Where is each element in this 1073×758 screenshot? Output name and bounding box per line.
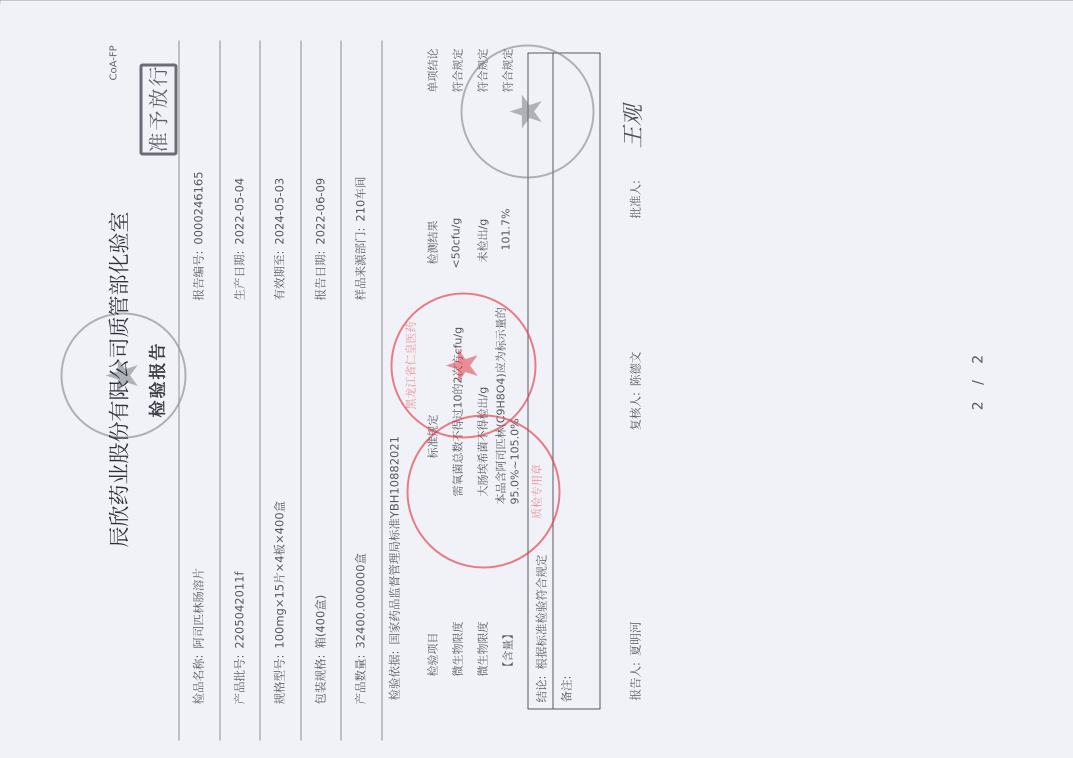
page-number: 2 / 2 [970, 0, 986, 758]
expiry-field: 有效期至:2024-05-03 [271, 177, 287, 300]
red-seal-qc: 质检专用章 [406, 414, 560, 568]
row-rule [300, 40, 301, 740]
inspection-report-page: CoA-FP 准予放行 ★ 辰欣药业股份有限公司质管部化验室 检验报告 检品名称… [0, 0, 1073, 758]
star-icon: ★ [441, 345, 485, 384]
report-title: 检验报告 [143, 0, 168, 758]
col-header-conclusion: 单项结论 [424, 48, 440, 92]
packing-field: 包装规格:箱(400盒) [312, 594, 328, 704]
star-icon: ★ [505, 91, 549, 130]
spec-field: 规格型号:100mg×15片×4板×400盒 [271, 500, 287, 704]
table-row-result: <50cfu/g [449, 217, 462, 268]
table-row-item: 微生物限度 [474, 621, 490, 676]
table-row-result: 101.7% [499, 208, 512, 250]
product-name-field: 检品名称:阿司匹林肠溶片 [190, 568, 206, 704]
report-date-field: 报告日期:2022-06-09 [312, 177, 328, 300]
approver-handwritten-signature: 王观 [616, 104, 647, 148]
row-rule [219, 40, 220, 740]
report-no-field: 报告编号:0000246165 [190, 171, 206, 300]
approver-label: 批准人: [627, 180, 643, 218]
batch-no-field: 产品批号:2205042011f [231, 571, 247, 704]
inspection-basis: 检验依据:国家药品监督管理局标准YBH10882021 [386, 436, 402, 700]
quantity-field: 产品数量:32400.000000盒 [352, 552, 368, 704]
source-dept-field: 样品来源部门:210车间 [352, 176, 368, 300]
reviewer-signature: 复核人:陈德文 [627, 351, 643, 430]
row-rule [340, 40, 341, 740]
row-rule [178, 40, 179, 740]
col-header-result: 检测结果 [424, 220, 440, 264]
mfg-date-field: 生产日期:2022-05-04 [231, 177, 247, 300]
row-rule [259, 40, 260, 740]
table-row-conclusion: 符合规定 [449, 48, 465, 92]
reporter-signature: 报告人:夏明河 [627, 621, 643, 700]
row-rule [381, 40, 382, 740]
col-header-item: 检验项目 [424, 632, 440, 676]
company-lab-title: 辰欣药业股份有限公司质管部化验室 [103, 0, 133, 758]
remarks-text: 备注: [558, 669, 574, 702]
table-row-item: 微生物限度 [449, 621, 465, 676]
table-row-result: 未检出/g [474, 218, 490, 262]
qc-seal-gray: ★ [460, 44, 594, 178]
conclusion-text: 结论:根据标准检验符合规定 [533, 554, 549, 702]
table-row-item: 【含量】 [499, 628, 515, 672]
